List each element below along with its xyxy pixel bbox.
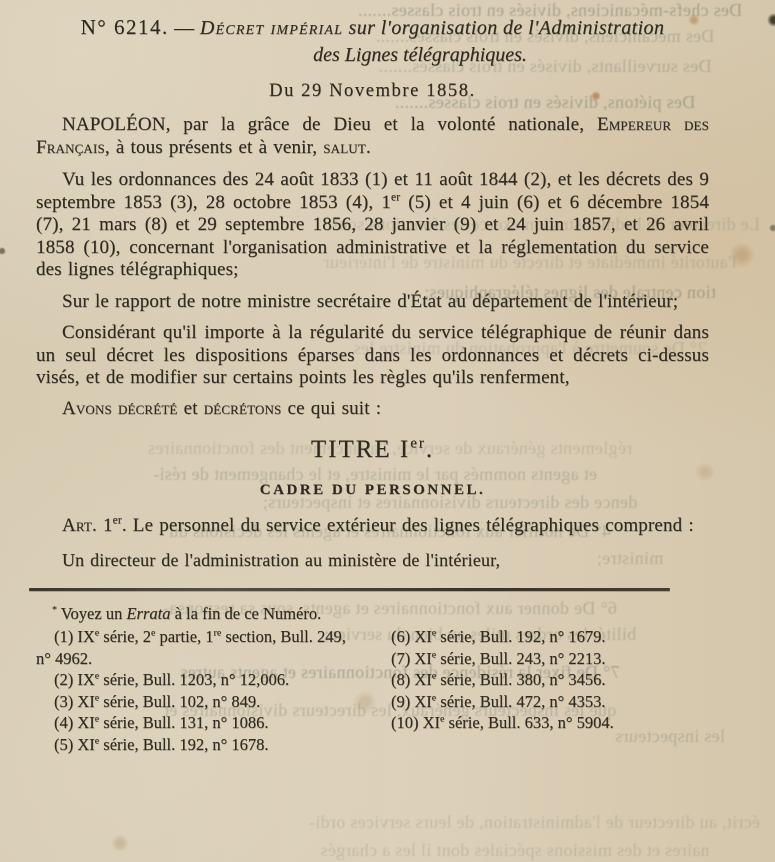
- decree-title-italic: sur l'organisation de l'Administration: [349, 17, 665, 39]
- footnote-columns: (1) IXe série, 2e partie, 1re section, B…: [36, 626, 709, 755]
- errata-note: * Voyez un Errata à la fin de ce Numéro.: [36, 603, 709, 625]
- considerant-paragraph: Considérant qu'il importe à la régularit…: [36, 322, 709, 390]
- footnote-9: (9) XIe série, Bull. 472, n° 4353.: [373, 691, 709, 713]
- decree-heading-line2: des Lignes télégraphiques.: [36, 42, 709, 68]
- article-1-paragraph: Art. 1er. Le personnel du service extéri…: [36, 513, 709, 538]
- footnote-10: (10) XIe série, Bull. 633, n° 5904.: [373, 712, 709, 734]
- footnotes-section: * Voyez un Errata à la fin de ce Numéro.…: [36, 603, 709, 756]
- decree-heading: N° 6214. — Décret impérial sur l'organis…: [36, 14, 709, 102]
- decree-heading-line1: N° 6214. — Décret impérial sur l'organis…: [36, 14, 709, 42]
- decree-number: N° 6214.: [81, 15, 169, 39]
- footnote-column-left: (1) IXe série, 2e partie, 1re section, B…: [36, 626, 362, 755]
- errata-word: Errata: [126, 604, 170, 623]
- article-label: Art.: [62, 515, 97, 536]
- footnote-3: (3) XIe série, Bull. 102, n° 849.: [36, 691, 362, 713]
- decree-date: Du 29 Novembre 1858.: [36, 81, 709, 102]
- bleedthrough-line: écrit, au directeur de l'administration,…: [340, 812, 760, 832]
- footnote-1: (1) IXe série, 2e partie, 1re section, B…: [36, 626, 362, 669]
- titre-heading: TITRE Ier.: [36, 436, 709, 464]
- personnel-item: Un directeur de l'administration au mini…: [36, 549, 709, 572]
- visa-paragraph: Vu les ordonnances des 24 août 1833 (1) …: [36, 169, 709, 282]
- bleedthrough-line: naires et des missions spéciales dont il…: [300, 840, 730, 860]
- titre-subheading: CADRE DU PERSONNEL.: [36, 482, 709, 499]
- footnote-8: (8) XIe série, Bull. 380, n° 3456.: [373, 669, 709, 691]
- decret-paragraph: Avons décrété et décrétons ce qui suit :: [36, 398, 709, 421]
- footnote-divider: [29, 588, 670, 591]
- footnote-column-right: (6) XIe série, Bull. 192, n° 1679. (7) X…: [373, 626, 709, 755]
- emperor-name: NAPOLÉON: [62, 114, 166, 135]
- footnote-6: (6) XIe série, Bull. 192, n° 1679.: [373, 626, 709, 648]
- rapport-paragraph: Sur le rapport de notre ministre secréta…: [36, 291, 709, 314]
- footnote-2: (2) IXe série, Bull. 1203, n° 12,006.: [36, 669, 362, 691]
- footnote-7: (7) XIe série, Bull. 243, n° 2213.: [373, 648, 709, 670]
- footnote-5: (5) XIe série, Bull. 192, n° 1678.: [36, 734, 362, 756]
- decree-title-smallcaps: Décret impérial: [200, 17, 343, 39]
- scanned-document-page: Des chefs-mécaniciens, divisés en trois …: [0, 0, 775, 862]
- salutation-paragraph: NAPOLÉON, par la grâce de Dieu et la vol…: [36, 114, 709, 159]
- footnote-4: (4) XIe série, Bull. 131, n° 1086.: [36, 712, 362, 734]
- decree-text-block: N° 6214. — Décret impérial sur l'organis…: [36, 14, 709, 755]
- heading-dash: —: [174, 17, 194, 39]
